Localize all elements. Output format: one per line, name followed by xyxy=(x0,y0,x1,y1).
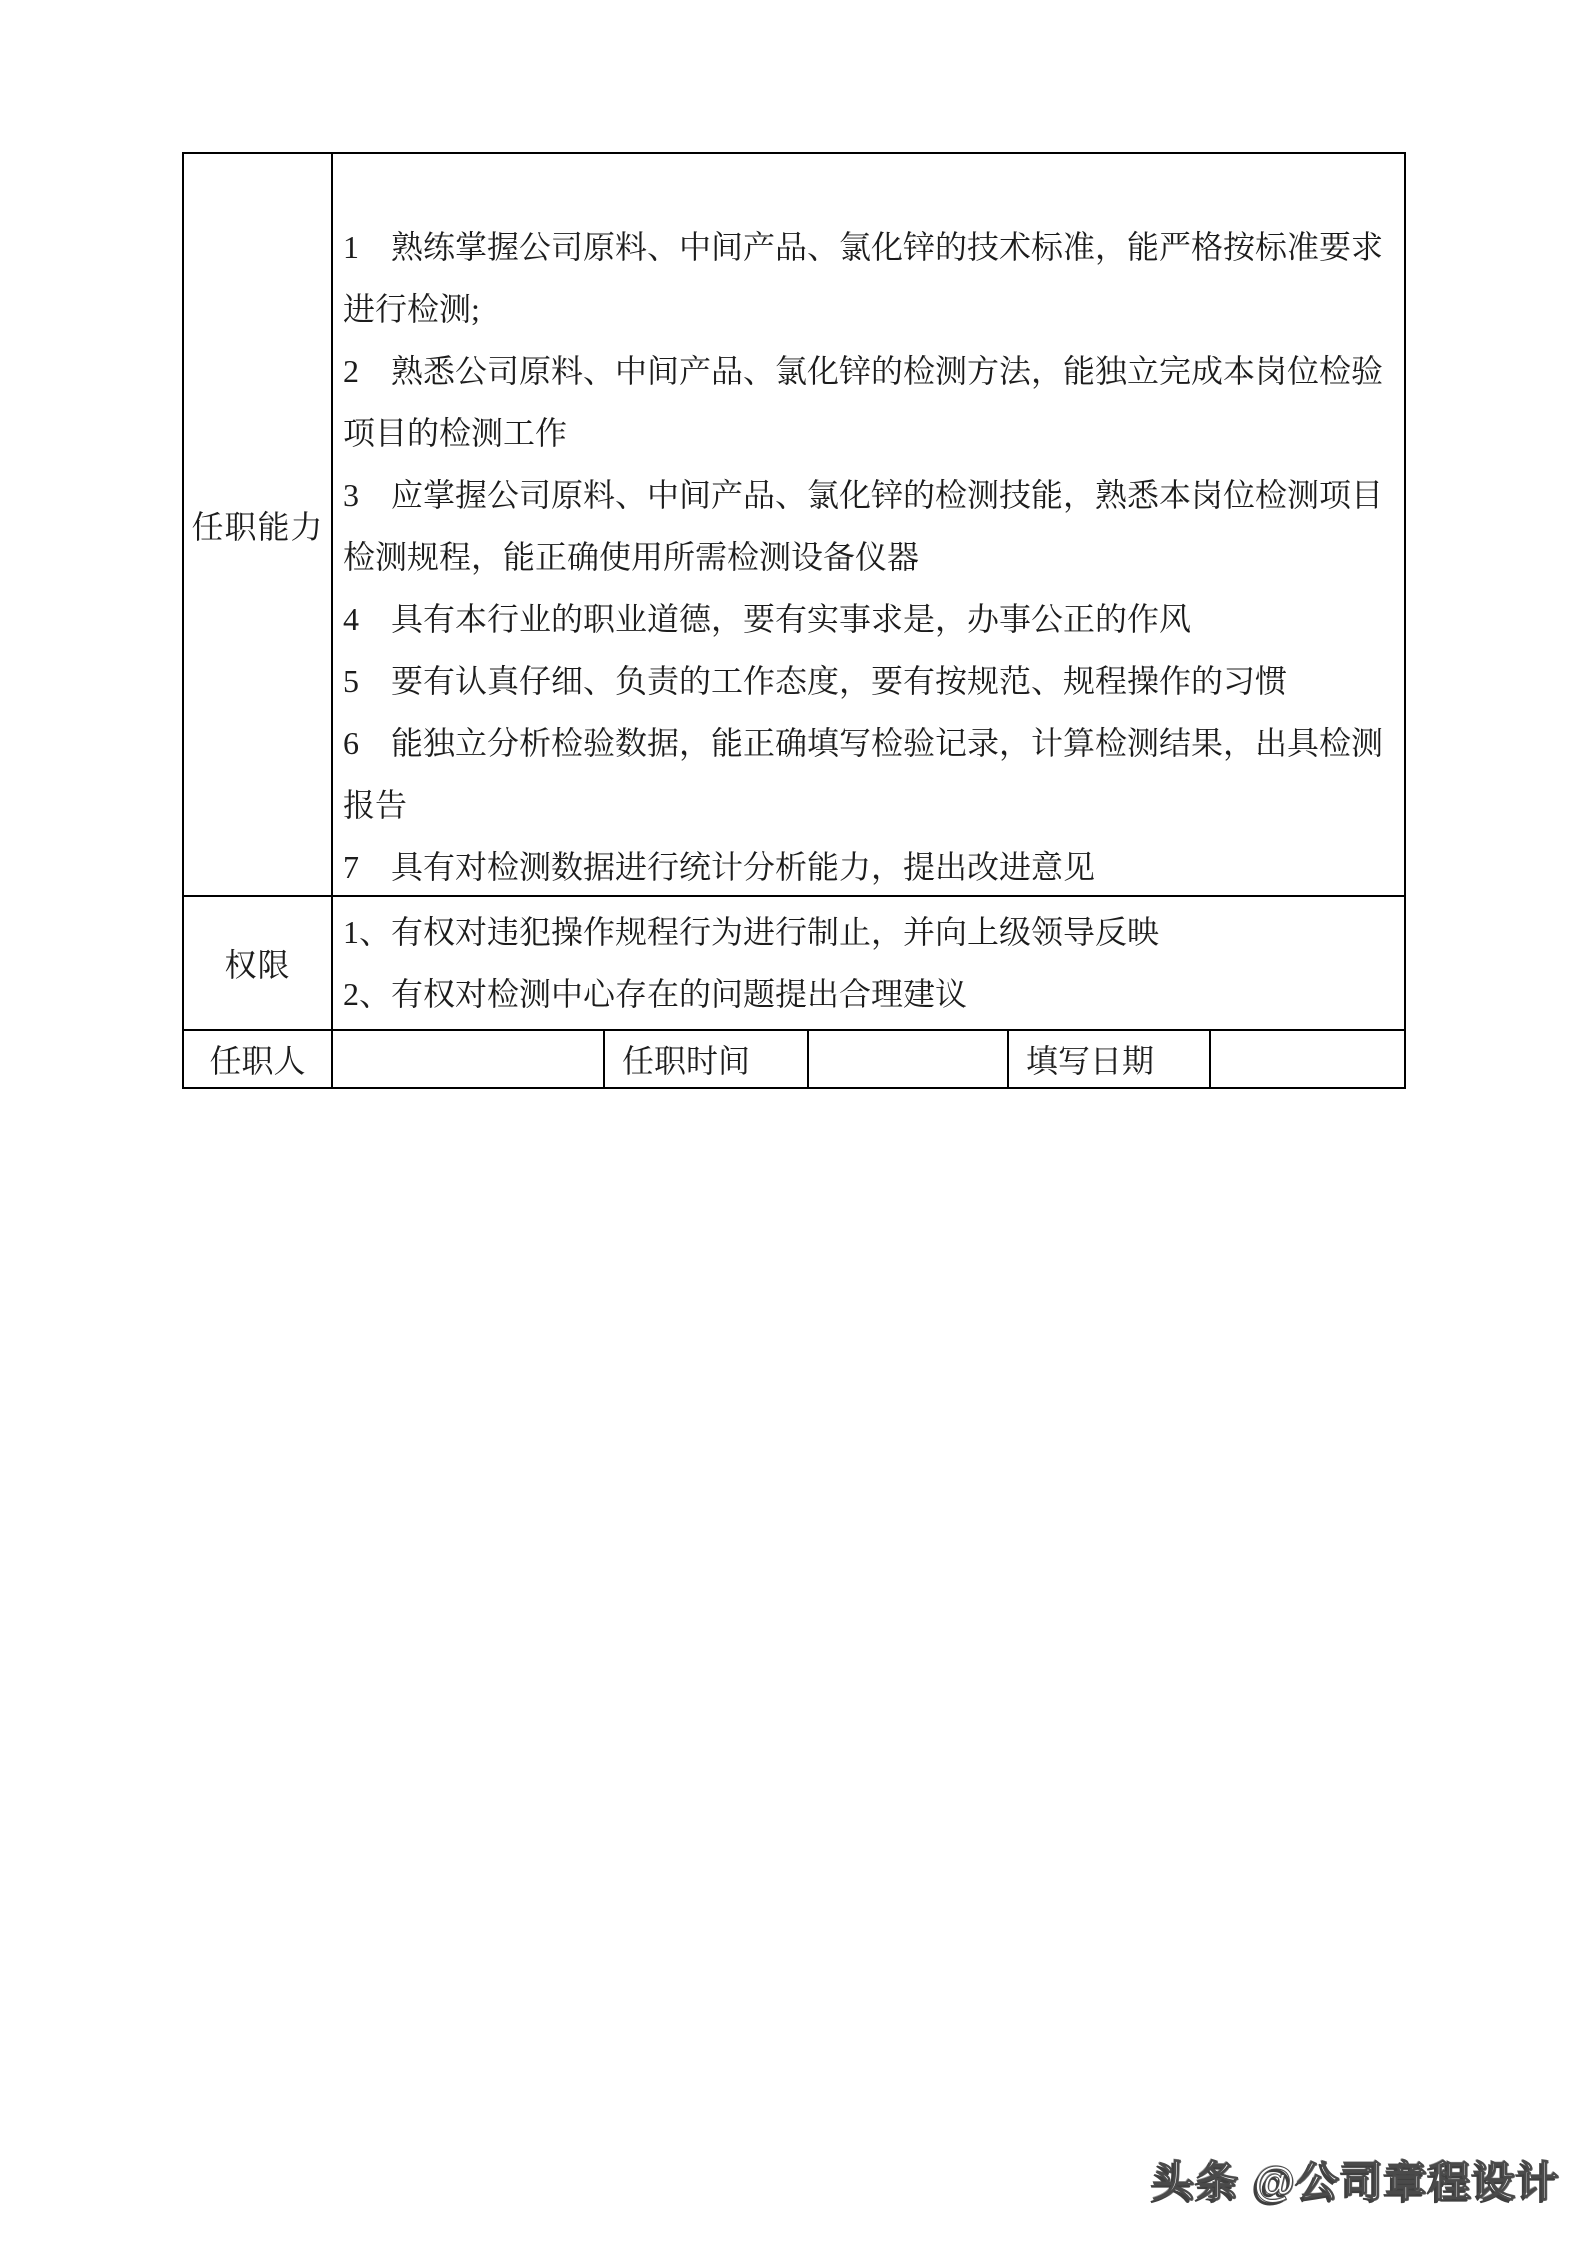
tenure-label-cell: 任职时间 xyxy=(605,1031,809,1087)
capability-line: 2 熟悉公司原料、中间产品、氯化锌的检测方法，能独立完成本岗位检验 xyxy=(343,340,1394,402)
capability-row-header: 任职能力 xyxy=(184,154,333,895)
document-page: { "table": { "border_color": "#000000", … xyxy=(0,0,1587,2245)
incumbent-value-cell xyxy=(333,1031,605,1087)
footer-row: 任职人 任职时间 填写日期 xyxy=(184,1031,1404,1087)
capability-line: 5 要有认真仔细、负责的工作态度，要有按规范、规程操作的习惯 xyxy=(343,650,1394,712)
fill-date-label-cell: 填写日期 xyxy=(1009,1031,1211,1087)
capability-content-cell: 1 熟练掌握公司原料、中间产品、氯化锌的技术标准，能严格按标准要求 进行检测; … xyxy=(333,154,1404,895)
fill-date-value-cell xyxy=(1211,1031,1404,1087)
authority-row-header: 权限 xyxy=(184,897,333,1029)
capability-line: 4 具有本行业的职业道德，要有实事求是，办事公正的作风 xyxy=(343,588,1394,650)
capability-line: 进行检测; xyxy=(343,278,1394,340)
capability-line: 3 应掌握公司原料、中间产品、氯化锌的检测技能，熟悉本岗位检测项目 xyxy=(343,464,1394,526)
tenure-value-cell xyxy=(809,1031,1009,1087)
capability-line: 报告 xyxy=(343,774,1394,836)
capability-line: 项目的检测工作 xyxy=(343,402,1394,464)
authority-content-cell: 1、有权对违犯操作规程行为进行制止，并向上级领导反映 2、有权对检测中心存在的问… xyxy=(333,897,1404,1029)
capability-line: 检测规程，能正确使用所需检测设备仪器 xyxy=(343,526,1394,588)
incumbent-label-cell: 任职人 xyxy=(184,1031,333,1087)
capability-line: 1 熟练掌握公司原料、中间产品、氯化锌的技术标准，能严格按标准要求 xyxy=(343,216,1394,278)
authority-row: 权限 1、有权对违犯操作规程行为进行制止，并向上级领导反映 2、有权对检测中心存… xyxy=(184,897,1404,1031)
toutiao-watermark: 头条 @公司章程设计 xyxy=(1152,2152,1561,2212)
capability-row: 任职能力 1 熟练掌握公司原料、中间产品、氯化锌的技术标准，能严格按标准要求 进… xyxy=(184,154,1404,897)
authority-line: 1、有权对违犯操作规程行为进行制止，并向上级领导反映 xyxy=(343,901,1394,963)
capability-line: 6 能独立分析检验数据，能正确填写检验记录，计算检测结果，出具检测 xyxy=(343,712,1394,774)
authority-line: 2、有权对检测中心存在的问题提出合理建议 xyxy=(343,963,1394,1025)
capability-line: 7 具有对检测数据进行统计分析能力，提出改进意见 xyxy=(343,836,1394,895)
job-description-table: 任职能力 1 熟练掌握公司原料、中间产品、氯化锌的技术标准，能严格按标准要求 进… xyxy=(182,152,1406,1089)
